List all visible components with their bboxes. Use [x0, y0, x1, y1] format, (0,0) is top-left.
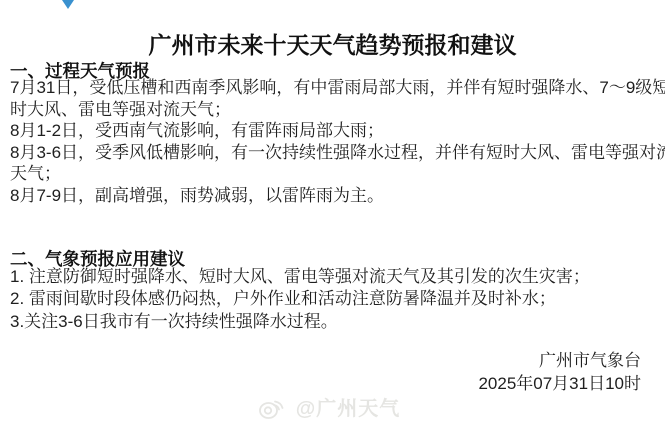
watermark: @广州天气 — [0, 392, 661, 421]
issuer: 广州市气象台 — [478, 349, 641, 372]
advice-line: 2. 雷雨间歇时段体感仍闷热，户外作业和活动注意防暑降温并及时补水； — [10, 288, 662, 310]
page-title: 广州市未来十天天气趋势预报和建议 — [0, 27, 665, 60]
forecast-line: 时大风、雷电等强对流天气； — [10, 99, 662, 121]
forecast-line: 8月1-2日，受西南气流影响，有雷阵雨局部大雨； — [10, 120, 662, 142]
forecast-line: 天气； — [10, 163, 662, 185]
watermark-handle: @广州天气 — [296, 392, 401, 421]
forecast-bulletin-page: 广州市未来十天天气趋势预报和建议 一、过程天气预报 7月31日，受低压槽和西南季… — [0, 0, 665, 424]
forecast-line: 8月7-9日，副高增强，雨势减弱，以雷阵雨为主。 — [10, 185, 662, 207]
section-body-application-advice: 1. 注意防御短时强降水、短时大风、雷电等强对流天气及其引发的次生灾害； 2. … — [10, 266, 662, 333]
weibo-icon — [257, 393, 287, 421]
forecast-line: 8月3-6日，受季风低槽影响，有一次持续性强降水过程，并伴有短时大风、雷电等强对… — [10, 142, 662, 164]
advice-line: 3.关注3-6日我市有一次持续性强降水过程。 — [10, 311, 662, 333]
signature-block: 广州市气象台 2025年07月31日10时 — [478, 349, 641, 395]
advice-line: 1. 注意防御短时强降水、短时大风、雷电等强对流天气及其引发的次生灾害； — [10, 266, 662, 288]
forecast-line: 7月31日，受低压槽和西南季风影响，有中雷雨局部大雨，并伴有短时强降水、7～9级… — [10, 77, 662, 99]
section-body-process-forecast: 7月31日，受低压槽和西南季风影响，有中雷雨局部大雨，并伴有短时强降水、7～9级… — [10, 77, 662, 206]
triangle-down-icon — [62, 0, 74, 9]
